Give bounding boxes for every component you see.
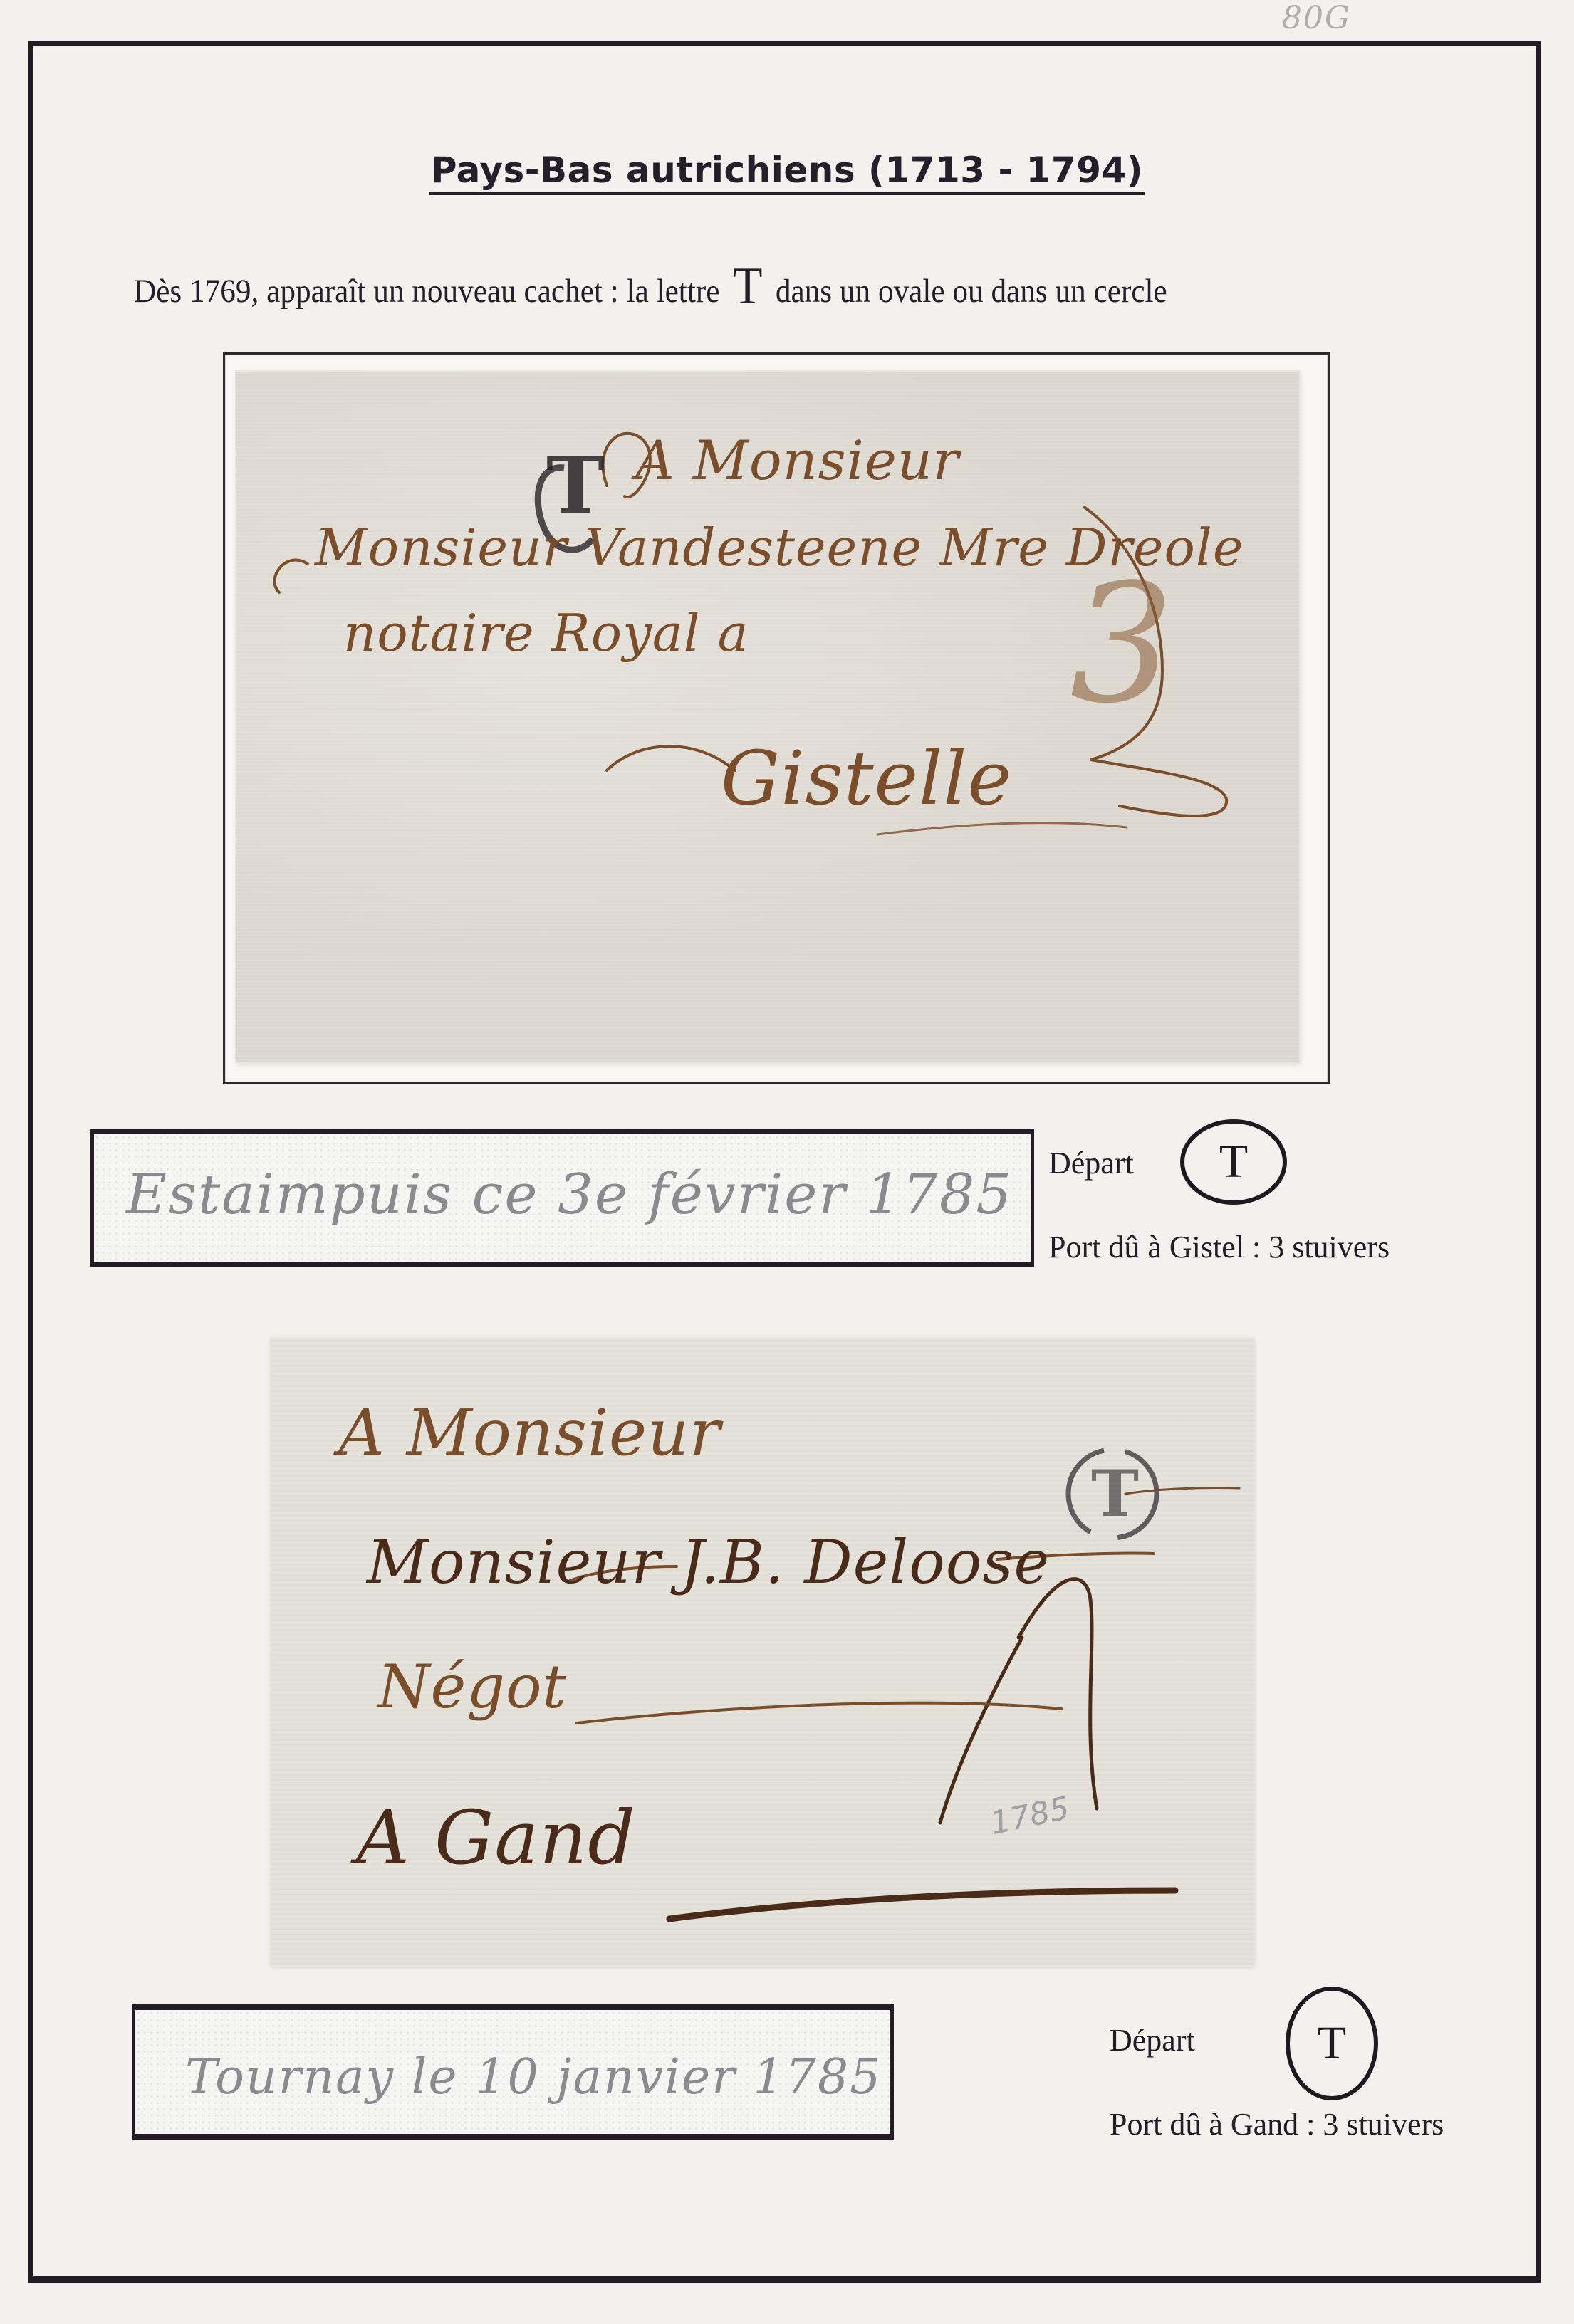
cover-2-departure-label: Départ: [1110, 2022, 1195, 2058]
cover-1-address-line-3: notaire Royal a: [343, 603, 749, 663]
intro-text-after: dans un ovale ou dans un cercle: [776, 273, 1167, 310]
cover-2-address-line-4: A Gand: [356, 1794, 636, 1881]
cover-2-postage-due: Port dû à Gand : 3 stuivers: [1110, 2106, 1444, 2142]
cover-2-address-line-1: A Monsieur: [338, 1396, 721, 1470]
cover-1-departure-label: Départ: [1048, 1145, 1134, 1181]
pencil-reference-note: 80G: [1282, 0, 1351, 36]
cover-1-address-line-1: A Monsieur: [635, 429, 959, 492]
cover-2-caption-handwritten: Tournay le 10 janvier 1785: [185, 2049, 882, 2105]
cover-2-address-line-3: Négot: [377, 1652, 567, 1722]
cover-2-postmark-t: T: [1091, 1456, 1139, 1532]
cover-2-departure-t-oval: T: [1286, 1987, 1378, 2100]
cover-2-departure-t-letter: T: [1318, 2016, 1346, 2071]
cover-1-rate-mark: 3: [1070, 550, 1174, 740]
cover-1-departure-t-letter: T: [1219, 1135, 1248, 1189]
cover-1-address-line-4: Gistelle: [721, 735, 1012, 822]
cover-1-departure-t-circle: T: [1180, 1119, 1287, 1205]
intro-text-before: Dès 1769, apparaît un nouveau cachet : l…: [134, 273, 719, 310]
intro-text: Dès 1769, apparaît un nouveau cachet : l…: [134, 255, 1167, 315]
cover-1-letter[interactable]: T A Monsieur Monsieur Vandesteene Mre Dr…: [236, 372, 1299, 1062]
cover-2-address-line-2: Monsieur J.B. Deloose: [367, 1527, 1050, 1597]
cover-1-postmark-caption-box: Estaimpuis ce 3e février 1785: [90, 1129, 1034, 1267]
page-title-text: Pays-Bas autrichiens (1713 - 1794): [429, 150, 1145, 195]
intro-letter-t: T: [733, 257, 763, 315]
cover-2-postmark-caption-box: Tournay le 10 janvier 1785: [132, 2004, 894, 2140]
cover-1-caption-handwritten: Estaimpuis ce 3e février 1785: [126, 1163, 1013, 1227]
page-title: Pays-Bas autrichiens (1713 - 1794): [0, 150, 1574, 191]
cover-2-letter[interactable]: T A Monsieur Monsieur J.B. Deloose Négot…: [271, 1339, 1254, 1965]
cover-1-postage-due: Port dû à Gistel : 3 stuivers: [1048, 1229, 1390, 1265]
